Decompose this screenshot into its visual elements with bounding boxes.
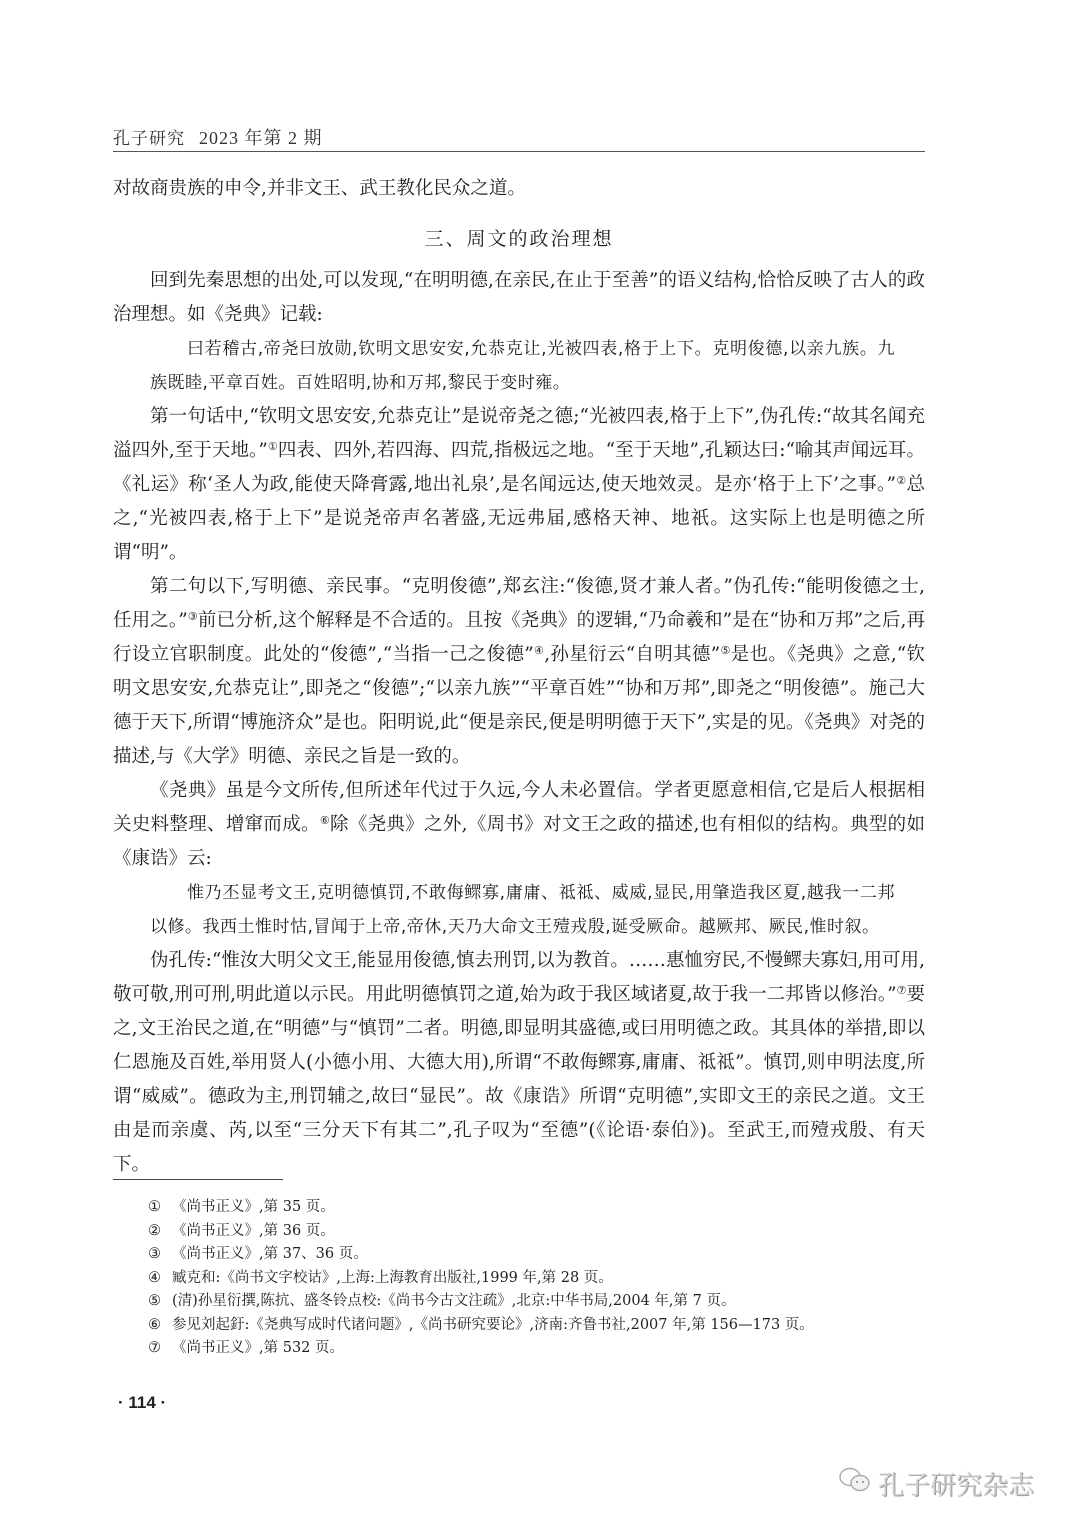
footnote-text: 参见刘起釪:《尧典写成时代诸问题》,《尚书研究要论》,济南:齐鲁书社,2007 …	[172, 1314, 814, 1338]
paragraph-carryover: 对故商贵族的申令,并非文王、武王教化民众之道。	[113, 172, 925, 206]
footnote-mark: ⑤	[148, 1290, 172, 1314]
text-span: 伪孔传:“惟汝大明父文王,能显用俊德,慎去刑罚,以为教首。……惠恤穷民,不慢鳏夫…	[113, 950, 925, 1005]
paragraph: 回到先秦思想的出处,可以发现,“在明明德,在亲民,在止于至善”的语义结构,恰恰反…	[113, 264, 925, 332]
footnote-ref[interactable]: ⑤	[720, 644, 731, 657]
footnote-mark: ②	[148, 1220, 172, 1244]
footnote-text: 《尚书正义》,第 532 页。	[172, 1337, 344, 1361]
page-number: · 114 ·	[118, 1393, 166, 1413]
text-span: ,孙星衍云“自明其德”	[544, 644, 720, 665]
footnote-mark: ③	[148, 1243, 172, 1267]
paragraph: 第一句话中,“钦明文思安安,允恭克让”是说帝尧之德;“光被四表,格于上下”,伪孔…	[113, 400, 925, 570]
wechat-icon	[838, 1466, 878, 1501]
footnote-mark: ⑥	[148, 1314, 172, 1338]
footnote-mark: ⑦	[148, 1337, 172, 1361]
footnote-text: 《尚书正义》,第 37、36 页。	[172, 1243, 368, 1267]
running-header: 孔子研究2023 年第 2 期	[113, 124, 925, 150]
paragraph: 第二句以下,写明德、亲民事。“克明俊德”,郑玄注:“俊德,贤才兼人者。”伪孔传:…	[113, 570, 925, 774]
footnote-ref[interactable]: ②	[896, 474, 906, 487]
footnote-text: 《尚书正义》,第 36 页。	[172, 1220, 335, 1244]
footnote-text: (清)孙星衍撰,陈抗、盛冬铃点校:《尚书今古文注疏》,北京:中华书局,2004 …	[172, 1290, 735, 1314]
watermark: 孔子研究杂志	[838, 1465, 1034, 1502]
paragraph: 伪孔传:“惟汝大明父文王,能显用俊德,慎去刑罚,以为教首。……惠恤穷民,不慢鳏夫…	[113, 944, 925, 1182]
footnote-ref[interactable]: ④	[534, 644, 545, 657]
footnote-item: ⑤(清)孙星衍撰,陈抗、盛冬铃点校:《尚书今古文注疏》,北京:中华书局,2004…	[148, 1290, 938, 1314]
footnote-item: ①《尚书正义》,第 35 页。	[148, 1196, 938, 1220]
footnote-item: ⑦《尚书正义》,第 532 页。	[148, 1337, 938, 1361]
footnote-item: ④臧克和:《尚书文字校诂》,上海:上海教育出版社,1999 年,第 28 页。	[148, 1267, 938, 1291]
footnote-item: ②《尚书正义》,第 36 页。	[148, 1220, 938, 1244]
footnote-text: 臧克和:《尚书文字校诂》,上海:上海教育出版社,1999 年,第 28 页。	[172, 1267, 613, 1291]
block-quote: 惟乃丕显考文王,克明德慎罚,不敢侮鳏寡,庸庸、祗祗、威威,显民,用肇造我区夏,越…	[150, 876, 895, 944]
footnote-text: 《尚书正义》,第 35 页。	[172, 1196, 335, 1220]
footnote-item: ③《尚书正义》,第 37、36 页。	[148, 1243, 938, 1267]
section-title: 三、周文的政治理想	[113, 222, 925, 256]
article-body: 对故商贵族的申令,并非文王、武王教化民众之道。 三、周文的政治理想 回到先秦思想…	[113, 172, 925, 1182]
footnote-item: ⑥参见刘起釪:《尧典写成时代诸问题》,《尚书研究要论》,济南:齐鲁书社,2007…	[148, 1314, 938, 1338]
footnote-rule	[113, 1179, 283, 1180]
footnote-mark: ④	[148, 1267, 172, 1291]
watermark-text: 孔子研究杂志	[878, 1465, 1034, 1502]
footnote-ref[interactable]: ③	[188, 610, 198, 623]
paragraph: 《尧典》虽是今文所传,但所述年代过于久远,今人未必置信。学者更愿意相信,它是后人…	[113, 774, 925, 876]
footnote-ref[interactable]: ①	[268, 440, 278, 453]
block-quote: 曰若稽古,帝尧曰放勋,钦明文思安安,允恭克让,光被四表,格于上下。克明俊德,以亲…	[150, 332, 895, 400]
footnotes: ①《尚书正义》,第 35 页。 ②《尚书正义》,第 36 页。 ③《尚书正义》,…	[148, 1196, 938, 1361]
footnote-mark: ①	[148, 1196, 172, 1220]
footnote-ref[interactable]: ⑦	[897, 984, 907, 997]
footnote-ref[interactable]: ⑥	[320, 814, 330, 827]
text-span: 要之,文王治民之道,在“明德”与“慎罚”二者。明德,即显明其盛德,或曰用明德之政…	[113, 984, 925, 1175]
header-rule	[113, 151, 925, 152]
journal-name: 孔子研究	[113, 129, 185, 149]
issue-label: 2023 年第 2 期	[199, 128, 323, 148]
